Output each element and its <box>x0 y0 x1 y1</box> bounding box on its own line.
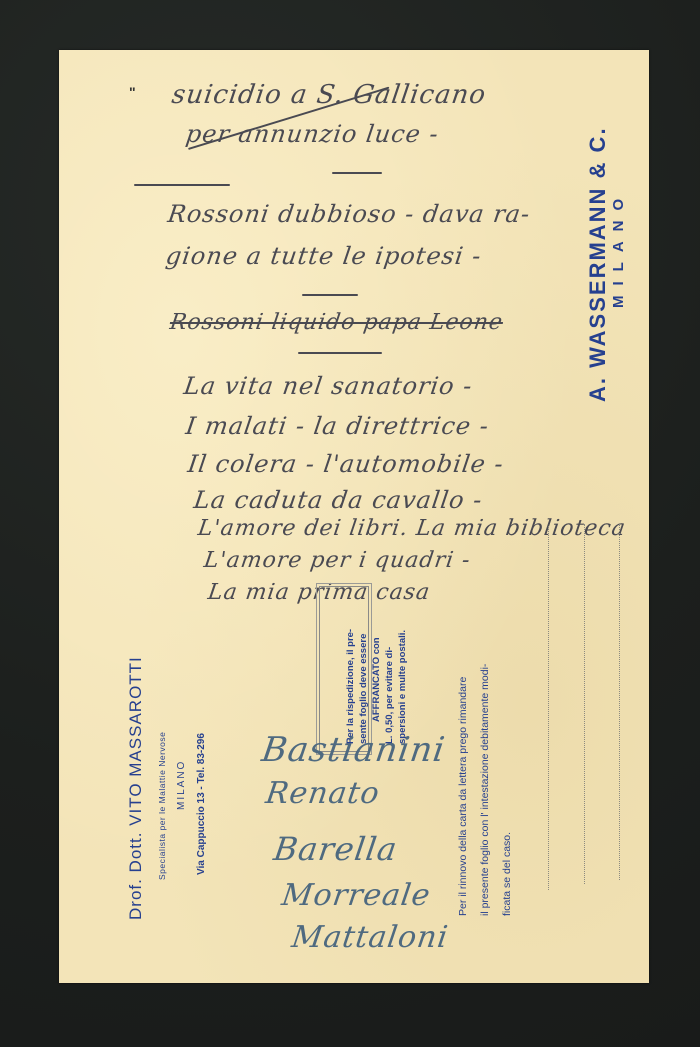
handwritten-line-3: Rossoni dubbioso - dava ra- <box>166 200 532 228</box>
name-3: Barella <box>271 830 400 868</box>
list-line-5: L'amore dei libri. La mia biblioteca <box>196 516 627 541</box>
doctor-address: Via Cappuccio 13 - Tel. 83-296 <box>196 733 207 875</box>
address-line-3 <box>619 524 620 880</box>
underline-short <box>332 172 382 174</box>
name-4: Morreale <box>280 878 433 913</box>
list-line-1: La vita nel sanatorio - <box>182 372 474 400</box>
postage-notice-text: Per la rispedizione, il pre- sente fogli… <box>344 629 409 744</box>
underline-struck <box>298 352 382 354</box>
renewal-line-3: ficata se del caso. <box>496 664 518 916</box>
postage-line-5: spersioni e multe postali. <box>396 629 409 744</box>
renewal-line-1: Per il rinnovo della carta da lettera pr… <box>452 664 474 916</box>
list-line-2: I malati - la direttrice - <box>184 412 491 440</box>
name-1: Bastianini <box>259 730 448 770</box>
postage-line-3: AFFRANCATO con <box>370 629 383 744</box>
name-5: Mattaloni <box>290 920 451 955</box>
postage-line-1: Per la rispedizione, il pre- <box>344 629 357 744</box>
name-2: Renato <box>264 776 383 811</box>
address-line-1 <box>548 526 549 890</box>
doctor-city: MILANO <box>176 760 187 810</box>
doctor-specialty: Specialista per le Malattie Nervose <box>157 732 167 880</box>
struck-line: Rossoni liquido papa Leone <box>168 310 504 335</box>
handwritten-line-4: gione a tutte le ipotesi - <box>164 242 483 270</box>
renewal-line-2: il presente foglio con l' intestazione d… <box>474 664 496 916</box>
divider-rule-2 <box>302 294 358 296</box>
address-line-2 <box>584 524 585 884</box>
renewal-notice: Per il rinnovo della carta da lettera pr… <box>452 664 518 916</box>
handwritten-line-2: per annunzio luce - <box>184 120 441 148</box>
ditto-mark: " <box>129 84 136 100</box>
list-line-6: L'amore per i quadri - <box>202 548 472 573</box>
postage-line-4: L. 0,50, per evitare di- <box>383 629 396 744</box>
doctor-name: Drof. Dott. VITO MASSAROTTI <box>126 656 146 920</box>
list-line-4: La caduta da cavallo - <box>192 486 484 514</box>
company-name: A. WASSERMANN & C. <box>585 126 611 402</box>
company-city: MILANO <box>610 189 627 308</box>
divider-rule <box>134 184 230 186</box>
postage-line-2: sente foglio deve essere <box>357 629 370 744</box>
list-line-3: Il colera - l'automobile - <box>186 450 506 478</box>
